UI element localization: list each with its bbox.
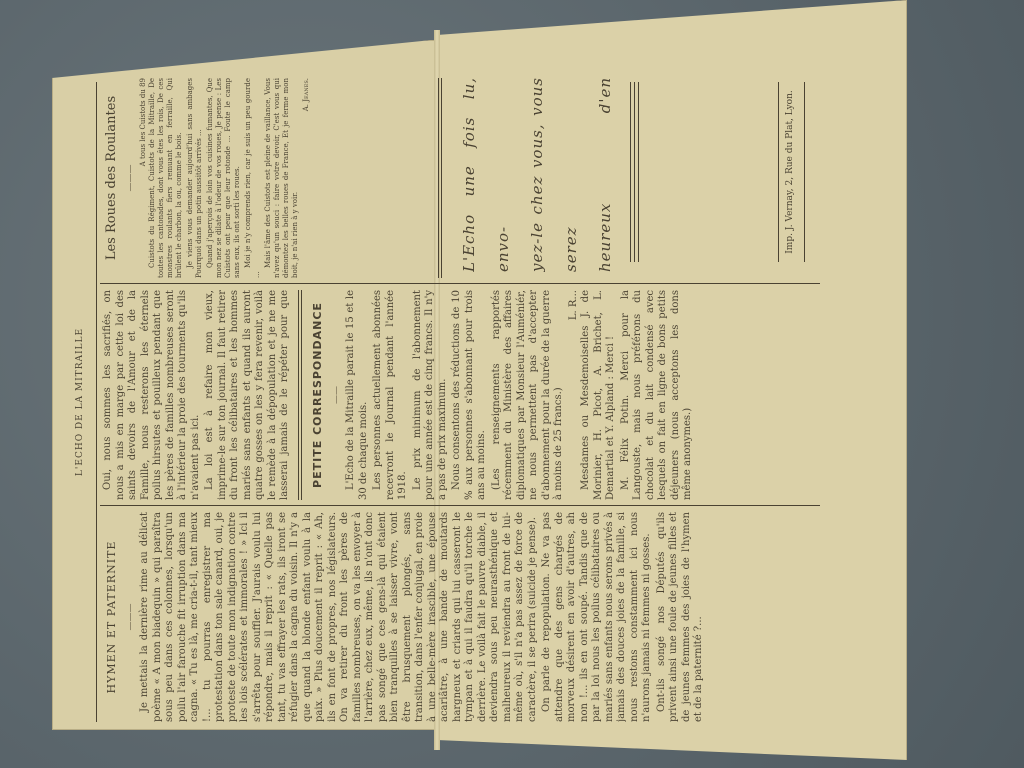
double-rule-1: [298, 290, 299, 500]
correspondance-paragraph-3: Le prix minimum de l'abonnement pour une…: [412, 290, 450, 500]
hymen-paragraph-1: Je mettais la dernière rime au délicat p…: [139, 512, 539, 722]
column-hymen-2: Oui, nous sommes les sacrifiés, on nous …: [102, 290, 292, 500]
column-divider-2: [100, 283, 820, 284]
correspondance-paragraph-2: Les personnes actuellement abonnées rece…: [372, 290, 410, 500]
double-rule-3: [438, 78, 439, 278]
poem-dedication: A tous les Cuistots du 89: [139, 78, 148, 278]
imprint-rule-bottom: [804, 82, 805, 262]
title-rule: ———: [125, 512, 138, 722]
double-rule-6: [634, 82, 635, 262]
double-rule-7: [638, 82, 639, 262]
header-rule: [96, 82, 97, 722]
poem-stanza-1: Cuistots du Régiment, Cuistots de la Mit…: [148, 78, 184, 278]
correspondance-signature: L. R...: [568, 290, 581, 500]
correspondance-paragraph-7: M. Félix Potin. Merci pour la Langouste,…: [620, 290, 695, 500]
double-rule-4: [441, 78, 442, 278]
hymen-paragraph-2: On parle de repopulation. Ne va pas atte…: [541, 512, 654, 722]
column-divider-1: [100, 505, 820, 506]
correspondance-paragraph-5: (Les renseignements rapportés récemment …: [491, 290, 566, 500]
poem-signature: A. Jeanes.: [302, 78, 311, 278]
double-rule-2: [301, 290, 302, 500]
poem-title-rule: ———: [125, 78, 138, 278]
poem-stanza-4: Moi je n'y comprends rien, car je suis u…: [244, 78, 262, 278]
poem-stanza-5: Mais l'âme des Cuistots est pleine de va…: [264, 78, 300, 278]
poem-stanza-3: Quand j'aperçois de loin vos cuisines fu…: [206, 78, 242, 278]
poem-title: Les Roues des Roulantes: [106, 78, 119, 278]
imprint: Imp. J. Vernay, 2, Rue du Plat, Lyon.: [784, 72, 800, 272]
running-header: L'ECHO DE LA MITRAILLE: [74, 292, 87, 512]
article-title-hymen: HYMEN ET PATERNITE: [106, 512, 119, 722]
notice-block: L'Echo une fois lu, envo- yez-le chez vo…: [452, 77, 612, 272]
column-hymen-1: HYMEN ET PATERNITE ——— Je mettais la der…: [102, 512, 822, 722]
correspondance-paragraph-4: Nous consentons des réductions de 10 % a…: [451, 290, 489, 500]
correspondance-paragraph-6: Mesdames ou Mesdemoiselles J. de Morinie…: [580, 290, 618, 500]
hymen-paragraph-3: Ont-ils songé nos Députés qu'ils privent…: [656, 512, 706, 722]
double-rule-5: [630, 82, 631, 262]
rotated-page-content: L'ECHO DE LA MITRAILLE HYMEN ET PATERNIT…: [60, 62, 840, 752]
column-correspondance: PETITE CORRESPONDANCE —— L'Echo de la Mi…: [308, 290, 818, 500]
correspondance-title-rule: ——: [331, 290, 344, 500]
imprint-rule-top: [778, 82, 779, 262]
correspondance-title: PETITE CORRESPONDANCE: [312, 290, 325, 500]
hymen-paragraph-5: La loi est à refaire mon vieux, imprime-…: [204, 290, 292, 500]
column-poem: Les Roues des Roulantes ——— A tous les C…: [102, 78, 432, 278]
hymen-paragraph-4: Oui, nous sommes les sacrifiés, on nous …: [102, 290, 202, 500]
notice-line-2: yez-le chez vous, vous serez: [520, 77, 588, 272]
correspondance-paragraph-1: L'Echo de la Mitraille parait le 15 et l…: [345, 290, 370, 500]
poem-stanza-2: Je viens vous demander aujourd'hui sans …: [186, 78, 204, 278]
notice-line-3: heureux d'en feuilleter la: [588, 77, 612, 272]
notice-line-1: L'Echo une fois lu, envo-: [452, 77, 520, 272]
